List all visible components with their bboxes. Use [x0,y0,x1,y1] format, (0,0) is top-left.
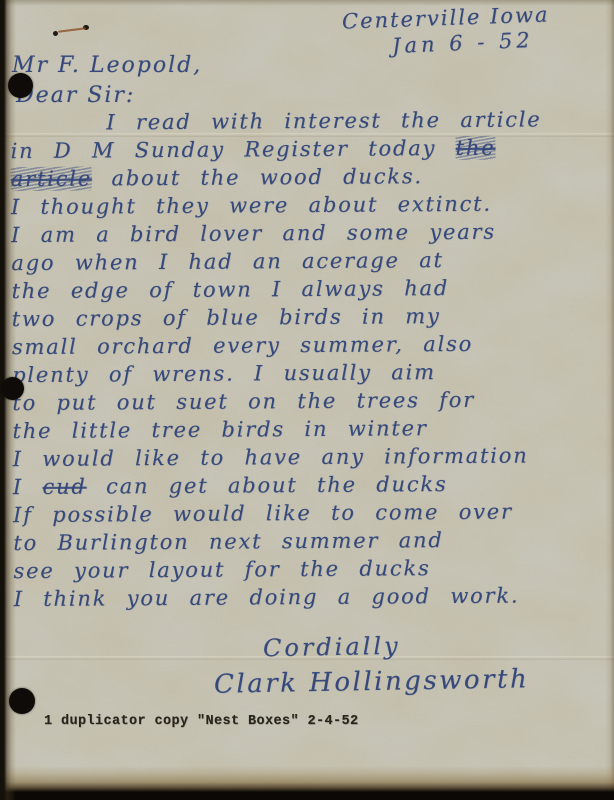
crossed-out-word: the [456,136,496,160]
handwritten-line: If possible would like to come over [13,497,609,529]
handwritten-line: I cud can get about the ducks [13,469,609,501]
rust-mark [58,27,86,32]
handwritten-line: I think you are doing a good work. [14,581,610,613]
handwritten-line: the edge of town I always had [11,273,607,305]
handwritten-line: I read with interest the article [10,105,606,137]
handwritten-text: plenty of wrens. I usually aim [12,360,436,387]
handwritten-text: I [13,475,43,499]
hole-punch-top [8,73,33,98]
typed-note: 1 duplicator copy "Nest Boxes" 2-4-52 [44,714,359,729]
signature-line: Clark Hollingsworth [214,664,530,699]
handwritten-text: I think you are doing a good work. [14,584,520,612]
date-line: Jan 6 - 52 [392,28,535,58]
handwritten-line: see your layout for the ducks [13,553,609,585]
handwritten-line: to put out suet on the trees for [12,385,608,417]
handwritten-text: see your layout for the ducks [13,556,430,583]
handwritten-text: ago when I had an acerage at [11,248,444,275]
crossed-out-word: article [11,167,92,192]
handwritten-text: two crops of blue birds in my [12,304,441,331]
handwritten-line: article about the wood ducks. [11,161,607,193]
handwritten-text: small orchard every summer, also [12,332,473,359]
handwritten-text: the edge of town I always had [11,276,449,303]
crossed-out-word: cud [42,475,86,499]
hole-punch-bottom [9,688,35,714]
handwritten-text: to put out suet on the trees for [12,388,475,415]
closing-line: Cordially [263,632,401,662]
handwritten-text: to Burlington next summer and [13,528,443,555]
handwritten-line: small orchard every summer, also [12,329,608,361]
handwritten-line: I thought they were about extinct. [11,189,607,221]
handwritten-line: to Burlington next summer and [13,525,609,557]
handwritten-line: plenty of wrens. I usually aim [12,357,608,389]
handwritten-line: I would like to have any information [13,441,609,473]
handwritten-text: I thought they were about extinct. [11,192,492,219]
hole-punch-middle [1,377,24,400]
letter-body: I read with interest the articlein D M S… [10,105,610,613]
handwritten-text: about the wood ducks. [92,164,423,190]
handwritten-text: I am a bird lover and some years [11,220,496,247]
handwritten-text: If possible would like to come over [13,500,513,527]
handwritten-line: the little tree birds in winter [12,413,608,445]
letter-paper: Centerville Iowa Jan 6 - 52 Mr F. Leopol… [0,0,614,800]
handwritten-text: I read with interest the article [106,107,541,134]
handwritten-line: ago when I had an acerage at [11,245,607,277]
handwritten-text: I would like to have any information [13,443,529,471]
handwritten-line: I am a bird lover and some years [11,217,607,249]
salutation-line: Dear Sir: [16,83,135,108]
handwritten-text: in D M Sunday Register today [10,136,455,163]
handwritten-text: the little tree birds in winter [12,416,427,443]
handwritten-text: can get about the ducks [87,472,448,499]
handwritten-line: in D M Sunday Register today the [10,133,606,165]
recipient-line: Mr F. Leopold, [12,53,202,78]
handwritten-line: two crops of blue birds in my [12,301,608,333]
